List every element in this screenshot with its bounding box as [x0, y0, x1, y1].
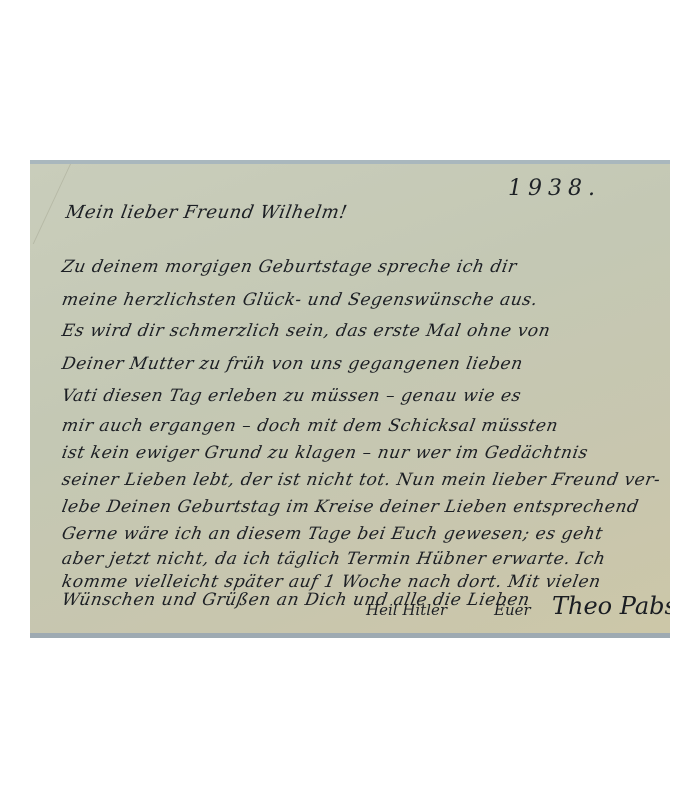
letter-line: Es wird dir schmerzlich sein, das erste … — [60, 321, 552, 341]
letter-line: lebe Deinen Geburtstag im Kreise deiner … — [60, 497, 640, 517]
letter-line: meine herzlichsten Glück- und Segenswüns… — [60, 290, 539, 310]
signature: Theo Pabst — [552, 592, 670, 620]
letter-line: Gerne wäre ich an diesem Tage bei Euch g… — [60, 524, 604, 544]
letter-line: ist kein ewiger Grund zu klagen – nur we… — [60, 443, 589, 463]
closing-word: Euer — [494, 601, 531, 619]
greeting-line: Mein lieber Freund Wilhelm! — [64, 202, 349, 223]
letter-line: mir auch ergangen – doch mit dem Schicks… — [60, 416, 560, 436]
letter-line: Wünschen und Grüßen an Dich und alle die… — [60, 590, 531, 610]
letter-line: Vati diesen Tag erleben zu müssen – gena… — [60, 386, 523, 406]
postcard: 1938. Mein lieber Freund Wilhelm! Zu dei… — [30, 160, 670, 638]
paper-crease — [30, 164, 71, 244]
letter-line: aber jetzt nicht, da ich täglich Termin … — [60, 549, 607, 569]
letter-line: komme vielleicht später auf 1 Woche nach… — [60, 572, 602, 592]
letter-line: Deiner Mutter zu früh von uns gegangenen… — [60, 354, 524, 374]
letter-line: Zu deinem morgigen Geburtstage spreche i… — [60, 257, 518, 277]
date-year: 1938. — [508, 176, 601, 201]
closing-salutation: Heil Hitler — [366, 601, 447, 619]
letter-line: seiner Lieben lebt, der ist nicht tot. N… — [60, 470, 662, 490]
